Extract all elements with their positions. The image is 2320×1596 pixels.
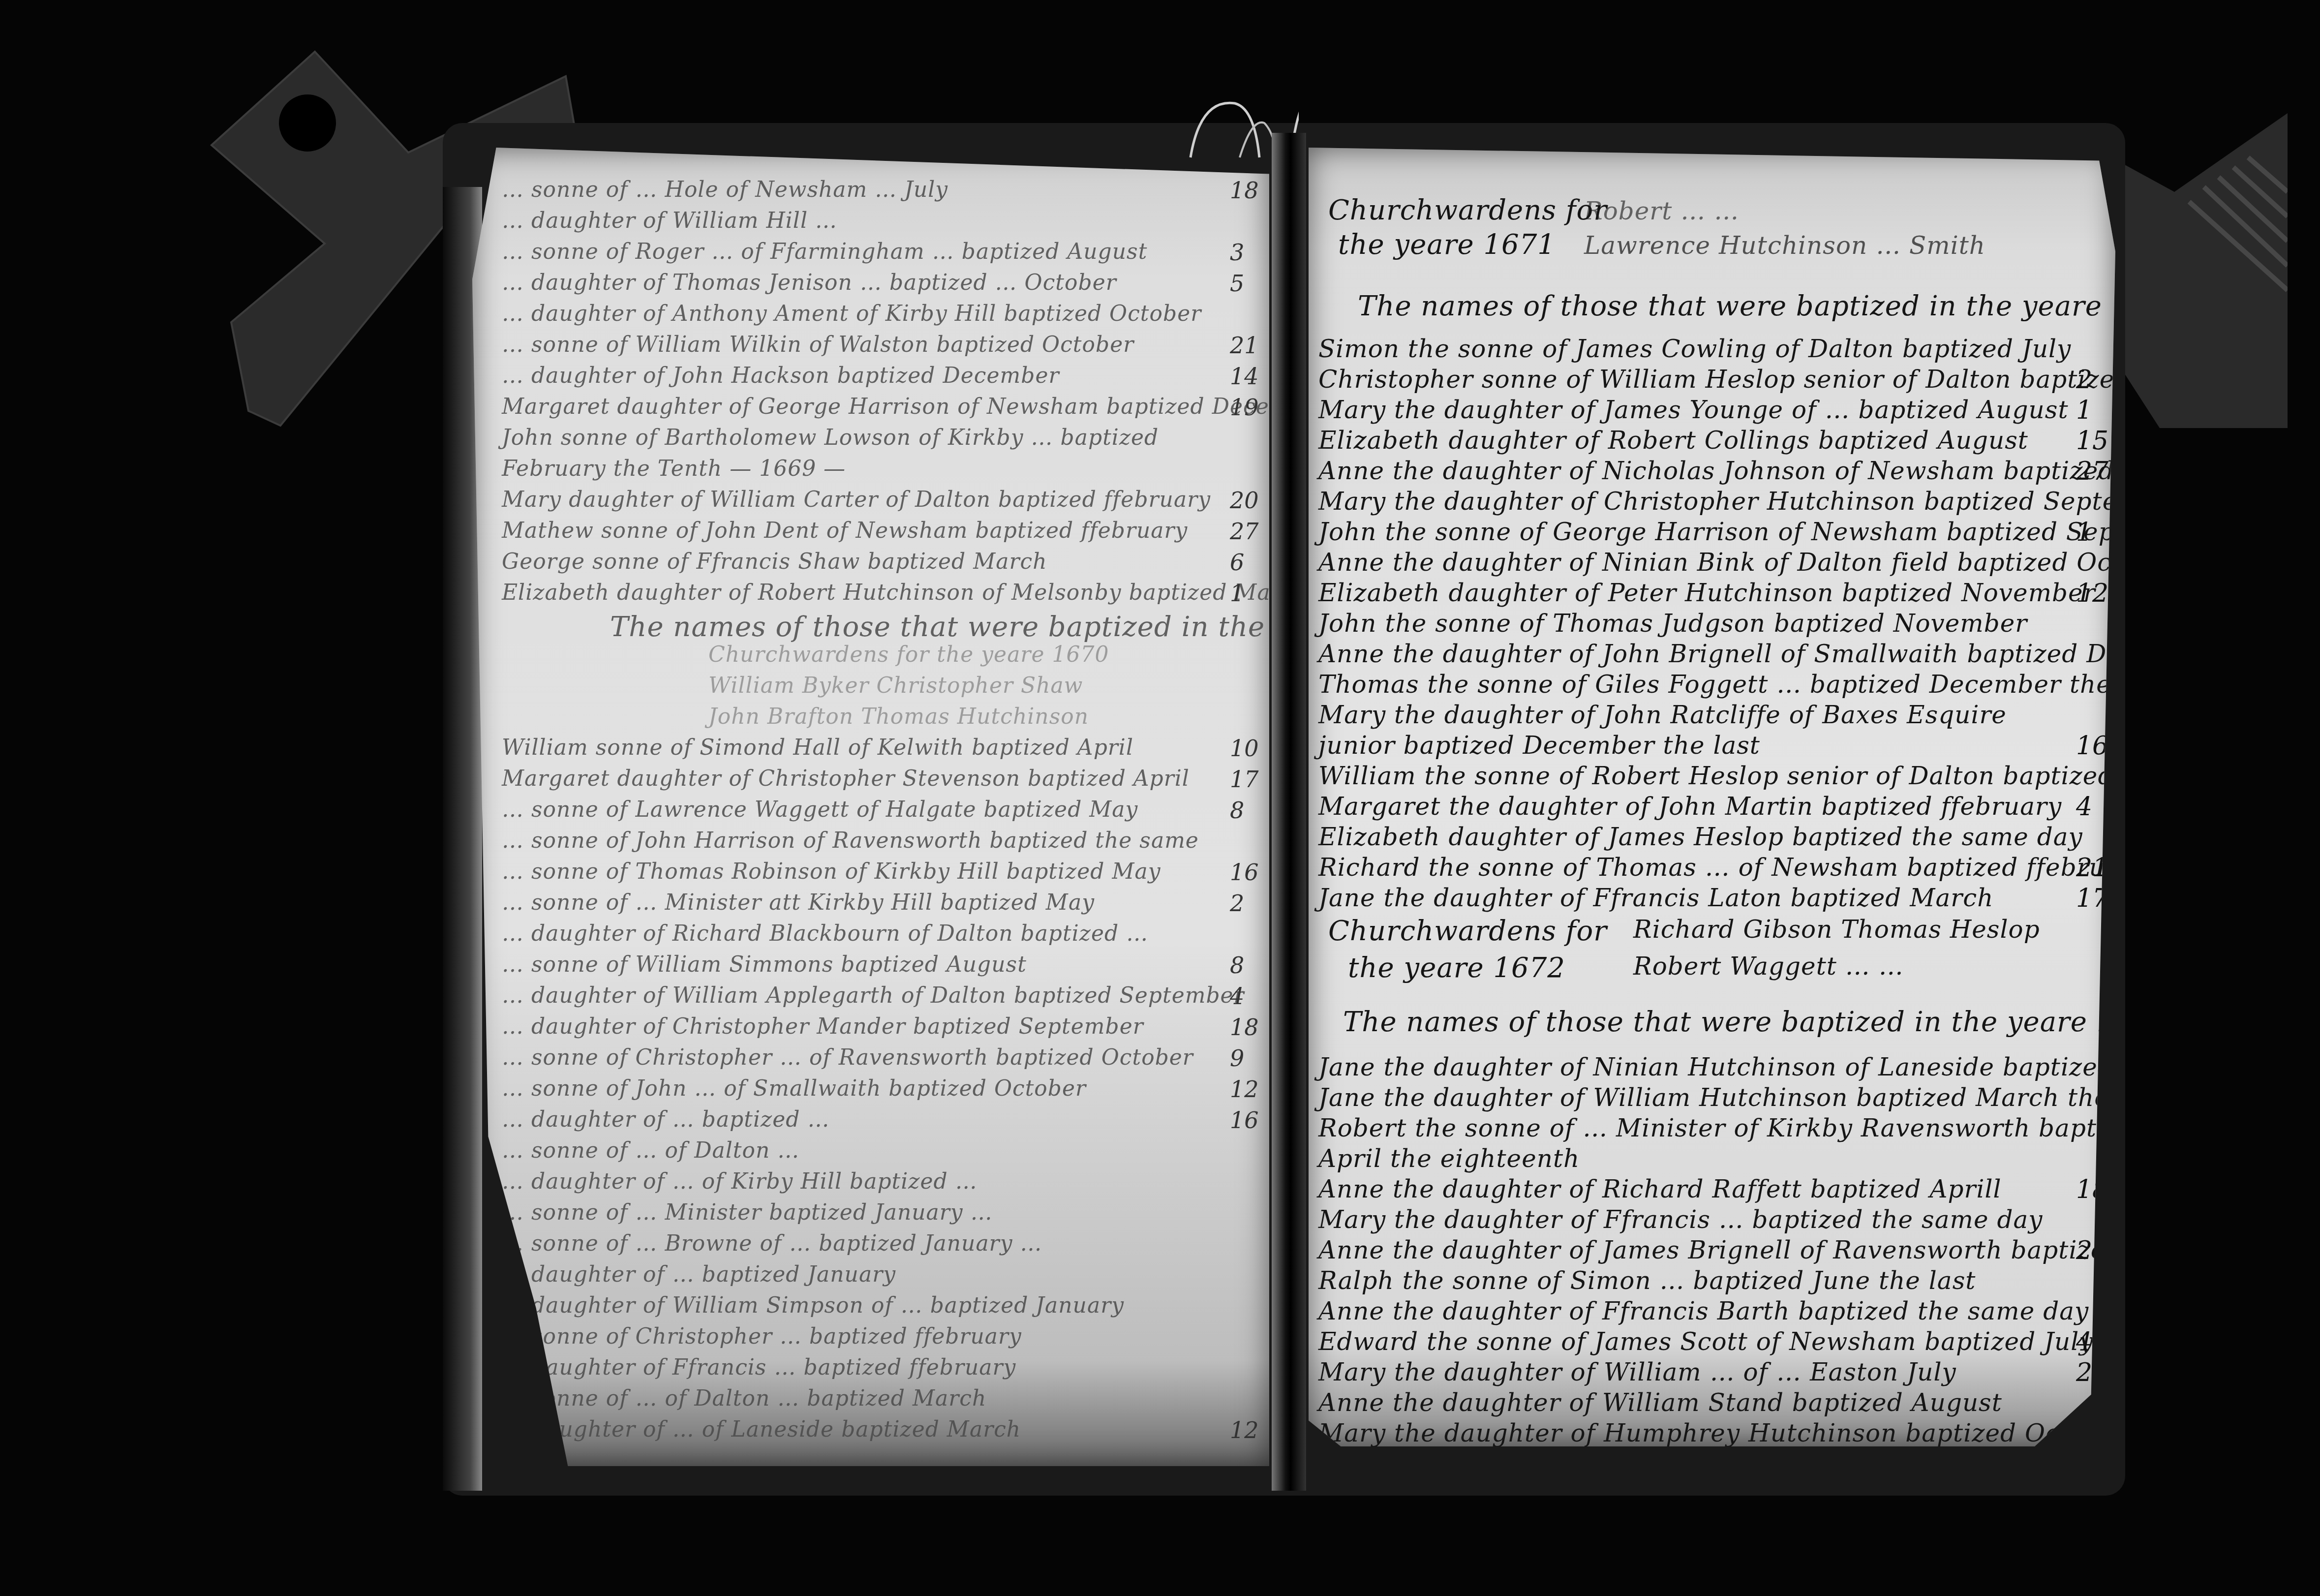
register-entry: … sonne of Christopher … baptized ffebru… xyxy=(502,1324,1022,1349)
entry-day: 5 xyxy=(1230,270,1244,297)
register-entry: Edward the sonne of James Scott of Newsh… xyxy=(1318,1327,2094,1356)
entry-day: 2 xyxy=(1230,890,1244,917)
entry-day: 6 xyxy=(1230,549,1244,576)
entry-day: 1 xyxy=(1230,580,1244,607)
register-entry: … daughter of … of Kirby Hill baptized … xyxy=(502,1169,977,1194)
register-entry: The names of those that were baptized in… xyxy=(610,611,1269,643)
register-entry: Margaret daughter of Christopher Stevens… xyxy=(502,766,1190,791)
register-entry: … daughter of John Hackson baptized Dece… xyxy=(502,363,1059,388)
entry-day: 4 xyxy=(1230,983,1244,1010)
register-entry: Jane the daughter of Ninian Hutchinson o… xyxy=(1318,1053,2115,1081)
entry-day: 14 xyxy=(1230,363,1259,390)
entry-day: 19 xyxy=(1230,394,1259,421)
register-entry: … daughter of … baptized … xyxy=(502,1107,829,1132)
entry-day: 16 xyxy=(1230,1107,1259,1134)
register-entry: Mary daughter of William Carter of Dalto… xyxy=(502,487,1211,512)
entry-day: 17 xyxy=(1230,766,1259,793)
register-entry: Margaret daughter of George Harrison of … xyxy=(502,394,1269,419)
register-entry: … sonne of John … of Smallwaith baptized… xyxy=(502,1076,1086,1101)
register-entry: … sonne of … Minister baptized January … xyxy=(502,1200,993,1225)
entry-day: 3 xyxy=(1230,239,1244,266)
entry-day: 10 xyxy=(1230,735,1259,762)
register-entry: Mathew sonne of John Dent of Newsham bap… xyxy=(502,518,1188,543)
register-entry: February the Tenth — 1669 — xyxy=(502,456,846,481)
entry-day: 12 xyxy=(1230,1417,1259,1443)
left-page: … sonne of … Hole of Newsham … July18… d… xyxy=(472,148,1269,1466)
entry-day: 18 xyxy=(1230,177,1259,204)
register-entry: … sonne of … Browne of … baptized Januar… xyxy=(502,1231,1042,1256)
register-entry: … sonne of … Minister att Kirkby Hill ba… xyxy=(502,890,1095,915)
entry-day: 4 xyxy=(2076,1327,2092,1357)
register-entry: … sonne of Christopher … of Ravensworth … xyxy=(502,1045,1193,1070)
register-entry: Churchwardens for the yeare 1670 xyxy=(708,642,1109,667)
register-entry: John Brafton Thomas Hutchinson xyxy=(708,704,1089,729)
register-entry: … sonne of … of Dalton … xyxy=(502,1138,799,1163)
register-entry: … daughter of … of Laneside baptized Mar… xyxy=(502,1417,1021,1442)
register-entry: … daughter of William Simpson of … bapti… xyxy=(502,1293,1124,1318)
register-entry: Anne the daughter of Ffrancis Barth bapt… xyxy=(1318,1297,2089,1325)
entry-day: 12 xyxy=(1230,1076,1259,1103)
register-entry: … daughter of Anthony Ament of Kirby Hil… xyxy=(502,301,1201,326)
register-entry: … sonne of … Hole of Newsham … July xyxy=(502,177,948,202)
register-entry: … daughter of Thomas Jenison … baptized … xyxy=(502,270,1117,295)
register-entry: … daughter of William Hill … xyxy=(502,208,837,233)
entry-day: 9 xyxy=(1230,1045,1244,1072)
register-entry: … sonne of John Harrison of Ravensworth … xyxy=(502,828,1199,853)
register-entry: … sonne of William Simmons baptized Augu… xyxy=(502,952,1027,977)
scan-background: … sonne of … Hole of Newsham … July18… d… xyxy=(0,0,2320,1596)
register-entry: … daughter of Ffrancis … baptized ffebru… xyxy=(502,1355,1016,1380)
register-entry: Mary the daughter of Ffrancis … baptized… xyxy=(1318,1205,2043,1234)
register-entry: Ralph the sonne of Simon … baptized June… xyxy=(1318,1266,1976,1295)
register-entry: Anne the daughter of Richard Raffett bap… xyxy=(1318,1175,2001,1203)
book-gutter xyxy=(1272,133,1306,1491)
entry-day: 8 xyxy=(1230,952,1244,979)
register-entry: William sonne of Simond Hall of Kelwith … xyxy=(502,735,1133,760)
register-entry: Jane the daughter of William Hutchinson … xyxy=(1318,1083,2115,1112)
register-entry: … daughter of William Applegarth of Dalt… xyxy=(502,983,1245,1008)
entry-day: 16 xyxy=(1230,859,1259,886)
entry-day: 8 xyxy=(1230,797,1244,824)
register-entry: Elizabeth daughter of Robert Hutchinson … xyxy=(502,580,1269,605)
register-entry: … sonne of William Wilkin of Walston bap… xyxy=(502,332,1134,357)
register-entry: Mary the daughter of William … of … East… xyxy=(1318,1358,1956,1386)
entry-day: 21 xyxy=(1230,332,1259,359)
register-entry: April the eighteenth xyxy=(1318,1144,1580,1173)
register-entry: William Byker Christopher Shaw xyxy=(708,673,1083,698)
entries-1672: Jane the daughter of Ninian Hutchinson o… xyxy=(1309,148,2115,1446)
right-page: Churchwardens for the yeare 1671 Robert … xyxy=(1309,148,2115,1446)
left-page-entries: … sonne of … Hole of Newsham … July18… d… xyxy=(472,148,1269,1466)
register-entry: … daughter of … baptized January xyxy=(502,1262,896,1287)
register-entry: … sonne of Roger … of Ffarmingham … bapt… xyxy=(502,239,1147,264)
entry-day: 27 xyxy=(1230,518,1259,545)
register-entry: Anne the daughter of William Stand bapti… xyxy=(1318,1388,2002,1417)
register-entry: Mary the daughter of Humphrey Hutchinson… xyxy=(1318,1419,2115,1446)
register-entry: Anne the daughter of James Brignell of R… xyxy=(1318,1236,2115,1264)
register-entry: … sonne of Lawrence Waggett of Halgate b… xyxy=(502,797,1138,822)
entry-day: 18 xyxy=(1230,1014,1259,1041)
register-entry: … sonne of Thomas Robinson of Kirkby Hil… xyxy=(502,859,1161,884)
register-entry: Robert the sonne of … Minister of Kirkby… xyxy=(1318,1114,2115,1142)
register-entry: John sonne of Bartholomew Lowson of Kirk… xyxy=(502,425,1159,450)
register-entry: George sonne of Ffrancis Shaw baptized M… xyxy=(502,549,1047,574)
entry-day: 20 xyxy=(1230,487,1259,514)
register-entry: … daughter of Richard Blackbourn of Dalt… xyxy=(502,921,1148,946)
register-entry: … sonne of … of Dalton … baptized March xyxy=(502,1386,986,1411)
register-entry: … daughter of Christopher Mander baptize… xyxy=(502,1014,1144,1039)
